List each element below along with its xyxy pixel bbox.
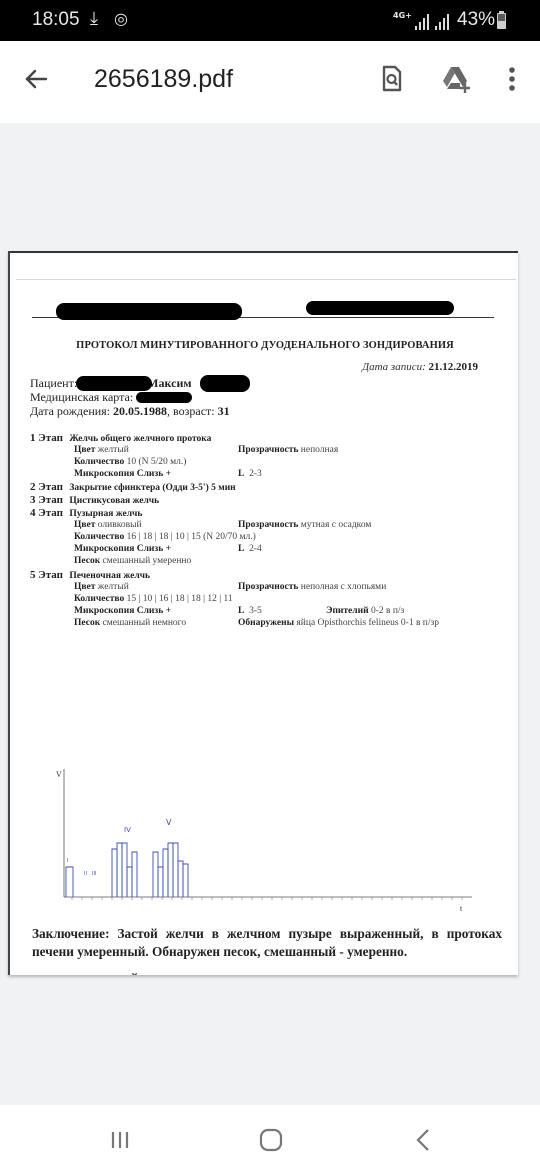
stage-value: 5 мин [211, 483, 236, 493]
stage-4-amount: Количество 16 | 18 | 18 | 10 | 15 (N 20/… [74, 532, 256, 542]
field-label: Цвет [74, 520, 95, 530]
field-value: 3-5 [249, 606, 262, 616]
field-label: Прозрачность [238, 445, 298, 455]
recent-apps-button[interactable] [105, 1125, 135, 1155]
field-label: Песок [74, 556, 100, 566]
svg-text:t: t [460, 904, 463, 913]
field-label: L [238, 469, 244, 479]
field-value: 16 | 18 | 18 | 10 | 15 (N 20/70 мл.) [127, 532, 256, 542]
svg-text:IV: IV [124, 826, 131, 834]
signal-icon [414, 14, 432, 30]
field-value: Слизь + [137, 544, 171, 554]
download-icon: ⤓ [90, 8, 98, 29]
birth-label: Дата рождения: [30, 404, 110, 418]
field-value: яйца Opisthorchis felineus 0-1 в п/зр [296, 618, 439, 628]
pdf-page: ПРОТОКОЛ МИНУТИРОВАННОГО ДУОДЕНАЛЬНОГО З… [8, 251, 518, 975]
field-label: L [238, 606, 244, 616]
redacted-block [200, 375, 250, 392]
field-value: 10 (N 5/20 мл.) [127, 457, 187, 467]
field-value: смешанный немного [103, 618, 187, 628]
battery-percent: 43% [457, 9, 495, 31]
clock: 18:05 [32, 9, 80, 31]
find-in-document-icon[interactable] [376, 63, 408, 95]
stage-label: 1 Этап [30, 432, 63, 444]
stage-5-epithelium: Эпителий 0-2 в п/з [326, 606, 404, 616]
field-label: Количество [74, 594, 124, 604]
field-label: Прозрачность [238, 582, 298, 592]
stage-label: 4 Этап [30, 507, 63, 519]
stage-name: Желчь общего желчного протока [69, 434, 211, 444]
stage-name: Печеночная желчь [69, 571, 150, 581]
stage-1-micro: Микроскопия Слизь + [74, 469, 171, 479]
stage-1-color: Цвет желтый [74, 445, 129, 455]
stage-1-amount: Количество 10 (N 5/20 мл.) [74, 457, 186, 467]
field-label: Цвет [74, 582, 95, 592]
field-label: Микроскопия [74, 606, 134, 616]
field-value: оливковый [98, 520, 142, 530]
stage-2: 2 Этап Закрытие сфинктера (Одди 3-5') 5 … [30, 481, 236, 493]
field-value: 2-3 [249, 469, 262, 479]
birth-line: Дата рождения: 20.05.1988, возраст: 31 [30, 404, 230, 419]
stage-label: 2 Этап [30, 481, 63, 493]
pdf-viewer[interactable]: ПРОТОКОЛ МИНУТИРОВАННОГО ДУОДЕНАЛЬНОГО З… [0, 123, 540, 1105]
redacted-block [306, 301, 454, 315]
birth-date: 20.05.1988 [113, 404, 167, 418]
battery-icon [497, 13, 506, 29]
stage-name: Цистикусовая желчь [69, 496, 159, 506]
field-value: 15 | 10 | 16 | 18 | 18 | 12 | 11 [127, 594, 233, 604]
stage-label: 3 Этап [30, 494, 63, 506]
stage-5-color: Цвет желтый [74, 582, 129, 592]
found-label: Обнаружены: [32, 973, 116, 975]
field-label: Эпителий [326, 606, 369, 616]
svg-text:II: II [84, 871, 87, 877]
field-value: желтый [98, 582, 129, 592]
field-label: Песок [74, 618, 100, 628]
field-value: мутная с осадком [301, 520, 372, 530]
stage-4-sand: Песок смешанный умеренно [74, 556, 191, 566]
field-value: неполная с хлопьями [301, 582, 387, 592]
age-value: 31 [218, 404, 230, 418]
network-type: 4G+ [393, 12, 412, 20]
signal-icon-2 [434, 14, 452, 30]
stage-5-micro: Микроскопия Слизь + [74, 606, 171, 616]
field-value: смешанный умеренно [103, 556, 192, 566]
patient-label: Пациент: [30, 376, 77, 390]
stage-1-l: L 2-3 [238, 469, 262, 479]
field-value: неполная [301, 445, 338, 455]
status-bar: 18:05 ⤓ ◎ 4G+ 43% [0, 0, 540, 41]
patient-name: Максим [147, 376, 191, 390]
stage-4-clarity: Прозрачность мутная с осадком [238, 520, 371, 530]
record-date-value: 21.12.2019 [429, 361, 479, 373]
field-label: Цвет [74, 445, 95, 455]
field-label: Количество [74, 457, 124, 467]
field-label: Микроскопия [74, 544, 134, 554]
bile-flow-chart: VtIIIIIIIVV [52, 763, 482, 913]
stage-5-sand: Песок смешанный немного [74, 618, 186, 628]
stage-4-color: Цвет оливковый [74, 520, 142, 530]
svg-text:I: I [67, 858, 68, 864]
field-value: Слизь + [137, 469, 171, 479]
redacted-block [76, 376, 152, 391]
document-title: 2656189.pdf [94, 65, 233, 94]
app-bar: 2656189.pdf [0, 41, 540, 123]
home-button[interactable] [256, 1125, 286, 1155]
field-label: Обнаружены [238, 618, 294, 628]
conclusion-text: Заключение: Застой желчи в желчном пузыр… [32, 925, 502, 961]
record-date-label: Дата записи: [362, 361, 426, 373]
field-label: Количество [74, 532, 124, 542]
field-value: 2-4 [249, 544, 262, 554]
stage-5: 5 Этап Печеночная желчь [30, 569, 150, 581]
medcard-label: Медицинская карта: [30, 390, 133, 404]
stage-name: Пузырная желчь [69, 509, 142, 519]
stage-4-l: L 2-4 [238, 544, 262, 554]
stage-1-clarity: Прозрачность неполная [238, 445, 338, 455]
svg-text:V: V [56, 770, 62, 779]
stage-3: 3 Этап Цистикусовая желчь [30, 494, 159, 506]
stage-4-micro: Микроскопия Слизь + [74, 544, 171, 554]
page-top-border [10, 251, 518, 253]
field-value: желтый [98, 445, 129, 455]
music-icon: ◎ [114, 9, 128, 28]
svg-text:III: III [92, 871, 96, 877]
stage-5-clarity: Прозрачность неполная с хлопьями [238, 582, 386, 592]
protocol-title: ПРОТОКОЛ МИНУТИРОВАННОГО ДУОДЕНАЛЬНОГО З… [10, 340, 518, 351]
field-label: Прозрачность [238, 520, 298, 530]
record-date: Дата записи: 21.12.2019 [362, 361, 478, 373]
redacted-block [136, 392, 192, 403]
more-options-icon[interactable] [496, 63, 528, 95]
stage-4: 4 Этап Пузырная желчь [30, 507, 142, 519]
back-button[interactable] [408, 1125, 438, 1155]
back-arrow-icon[interactable] [20, 63, 52, 95]
divider [16, 279, 516, 280]
navigation-bar [0, 1105, 540, 1170]
found-line: Обнаружены: ЯЙЦА OPISTHORCHIS FELINEUS -… [32, 973, 413, 975]
redacted-block [56, 303, 242, 320]
stage-name: Закрытие сфинктера (Одди 3-5') [69, 483, 208, 493]
svg-text:V: V [166, 818, 172, 827]
field-label: L [238, 544, 244, 554]
stage-5-amount: Количество 15 | 10 | 16 | 18 | 18 | 12 |… [74, 594, 233, 604]
stage-label: 5 Этап [30, 569, 63, 581]
field-label: Микроскопия [74, 469, 134, 479]
stage-1: 1 Этап Желчь общего желчного протока [30, 432, 211, 444]
stage-5-l: L 3-5 [238, 606, 262, 616]
age-label: , возраст: [167, 404, 215, 418]
field-value: 0-2 в п/з [371, 606, 404, 616]
add-to-drive-icon[interactable] [440, 63, 472, 95]
stage-5-found: Обнаружены яйца Opisthorchis felineus 0-… [238, 618, 439, 628]
field-value: Слизь + [137, 606, 171, 616]
found-value: ЯЙЦА OPISTHORCHIS FELINEUS - 0-1 В П/ЗР [119, 973, 413, 975]
medcard-line: Медицинская карта: [30, 390, 133, 405]
